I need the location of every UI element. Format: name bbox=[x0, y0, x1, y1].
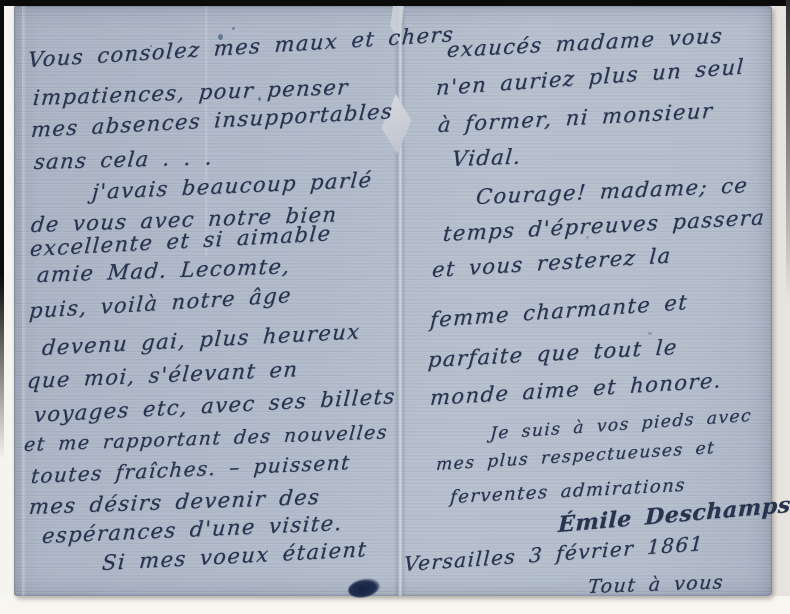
scan-edge-top bbox=[0, 0, 790, 6]
left-crease bbox=[22, 6, 27, 596]
ink-speck bbox=[586, 236, 589, 239]
handwriting-line: sans cela . . . bbox=[33, 145, 215, 174]
scan-edge-left bbox=[0, 0, 4, 460]
ink-speck bbox=[648, 332, 652, 335]
handwriting-line: Vidal. bbox=[451, 145, 523, 171]
ink-speck bbox=[232, 27, 235, 30]
ink-speck bbox=[218, 34, 223, 40]
ink-speck bbox=[150, 45, 152, 47]
scanned-letter-screenshot: Vous consolez mes maux et chers impatien… bbox=[0, 0, 790, 614]
scan-edge-right bbox=[786, 0, 790, 300]
scan-background-bottom bbox=[0, 596, 790, 614]
ink-speck bbox=[258, 97, 261, 101]
